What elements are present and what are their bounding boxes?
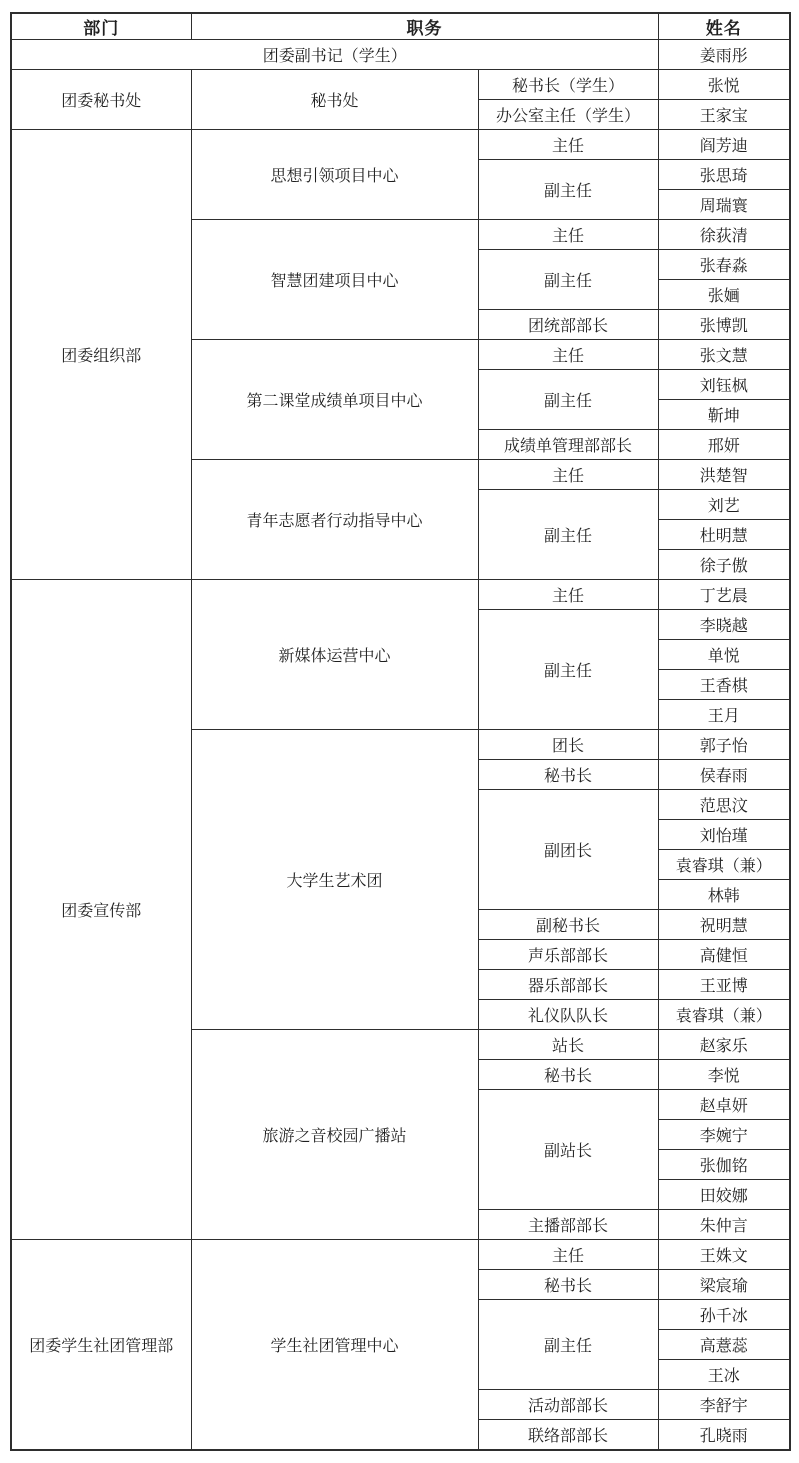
department-cell: 团委宣传部 — [11, 580, 191, 1240]
leader-name-cell: 姜雨彤 — [658, 40, 790, 70]
name-cell: 徐子傲 — [658, 550, 790, 580]
position-cell: 秘书长 — [478, 1060, 658, 1090]
name-cell: 靳坤 — [658, 400, 790, 430]
name-cell: 王亚博 — [658, 970, 790, 1000]
name-cell: 赵卓妍 — [658, 1090, 790, 1120]
table-body: 团委副书记（学生） 姜雨彤 团委秘书处秘书处秘书长（学生）张悦办公室主任（学生）… — [11, 40, 790, 1450]
position-cell: 秘书长 — [478, 760, 658, 790]
name-cell: 高健恒 — [658, 940, 790, 970]
position-cell: 团统部部长 — [478, 310, 658, 340]
name-cell: 刘怡瑾 — [658, 820, 790, 850]
org-cell: 大学生艺术团 — [191, 730, 478, 1030]
org-cell: 青年志愿者行动指导中心 — [191, 460, 478, 580]
position-cell: 站长 — [478, 1030, 658, 1060]
org-table: 部门 职务 姓名 团委副书记（学生） 姜雨彤 团委秘书处秘书处秘书长（学生）张悦… — [10, 12, 791, 1451]
name-cell: 单悦 — [658, 640, 790, 670]
name-cell: 张文慧 — [658, 340, 790, 370]
position-cell: 副主任 — [478, 610, 658, 730]
header-row: 部门 职务 姓名 — [11, 13, 790, 40]
name-cell: 赵家乐 — [658, 1030, 790, 1060]
position-cell: 副主任 — [478, 160, 658, 220]
name-cell: 张思琦 — [658, 160, 790, 190]
name-cell: 梁宸瑜 — [658, 1270, 790, 1300]
org-cell: 智慧团建项目中心 — [191, 220, 478, 340]
position-cell: 主任 — [478, 580, 658, 610]
position-cell: 联络部部长 — [478, 1420, 658, 1450]
name-cell: 田姣娜 — [658, 1180, 790, 1210]
name-cell: 刘艺 — [658, 490, 790, 520]
position-cell: 副团长 — [478, 790, 658, 910]
name-cell: 张伽铭 — [658, 1150, 790, 1180]
table-row: 团委宣传部新媒体运营中心主任丁艺晨 — [11, 580, 790, 610]
name-cell: 孔晓雨 — [658, 1420, 790, 1450]
table-row: 团委组织部思想引领项目中心主任阎芳迪 — [11, 130, 790, 160]
name-cell: 周瑞寰 — [658, 190, 790, 220]
name-cell: 袁睿琪（兼） — [658, 1000, 790, 1030]
position-cell: 团长 — [478, 730, 658, 760]
name-cell: 洪楚智 — [658, 460, 790, 490]
name-cell: 林韩 — [658, 880, 790, 910]
department-cell: 团委组织部 — [11, 130, 191, 580]
position-cell: 成绩单管理部部长 — [478, 430, 658, 460]
name-cell: 王香棋 — [658, 670, 790, 700]
table-row: 团委副书记（学生） 姜雨彤 — [11, 40, 790, 70]
position-cell: 器乐部部长 — [478, 970, 658, 1000]
position-cell: 主任 — [478, 460, 658, 490]
name-cell: 朱仲言 — [658, 1210, 790, 1240]
position-cell: 办公室主任（学生） — [478, 100, 658, 130]
name-cell: 丁艺晨 — [658, 580, 790, 610]
name-cell: 王月 — [658, 700, 790, 730]
name-cell: 祝明慧 — [658, 910, 790, 940]
name-cell: 李晓越 — [658, 610, 790, 640]
name-cell: 侯春雨 — [658, 760, 790, 790]
header-name: 姓名 — [658, 13, 790, 40]
name-cell: 王冰 — [658, 1360, 790, 1390]
name-cell: 王姝文 — [658, 1240, 790, 1270]
name-cell: 阎芳迪 — [658, 130, 790, 160]
name-cell: 李悦 — [658, 1060, 790, 1090]
position-cell: 主任 — [478, 220, 658, 250]
document-sheet: 部门 职务 姓名 团委副书记（学生） 姜雨彤 团委秘书处秘书处秘书长（学生）张悦… — [0, 0, 799, 1463]
org-cell: 第二课堂成绩单项目中心 — [191, 340, 478, 460]
name-cell: 范思汶 — [658, 790, 790, 820]
position-cell: 主任 — [478, 130, 658, 160]
name-cell: 李婉宁 — [658, 1120, 790, 1150]
name-cell: 张婳 — [658, 280, 790, 310]
name-cell: 刘钰枫 — [658, 370, 790, 400]
name-cell: 袁睿琪（兼） — [658, 850, 790, 880]
name-cell: 张春淼 — [658, 250, 790, 280]
department-cell: 团委学生社团管理部 — [11, 1240, 191, 1450]
table-row: 团委秘书处秘书处秘书长（学生）张悦 — [11, 70, 790, 100]
position-cell: 主播部部长 — [478, 1210, 658, 1240]
table-header: 部门 职务 姓名 — [11, 13, 790, 40]
org-cell: 学生社团管理中心 — [191, 1240, 478, 1450]
position-cell: 副站长 — [478, 1090, 658, 1210]
name-cell: 高薏蕊 — [658, 1330, 790, 1360]
name-cell: 郭子怡 — [658, 730, 790, 760]
leader-position-cell: 团委副书记（学生） — [11, 40, 658, 70]
name-cell: 张博凯 — [658, 310, 790, 340]
position-cell: 副主任 — [478, 370, 658, 430]
position-cell: 主任 — [478, 340, 658, 370]
position-cell: 副主任 — [478, 490, 658, 580]
name-cell: 李舒宇 — [658, 1390, 790, 1420]
table-row: 团委学生社团管理部学生社团管理中心主任王姝文 — [11, 1240, 790, 1270]
name-cell: 杜明慧 — [658, 520, 790, 550]
org-cell: 旅游之音校园广播站 — [191, 1030, 478, 1240]
position-cell: 礼仪队队长 — [478, 1000, 658, 1030]
position-cell: 副主任 — [478, 250, 658, 310]
position-cell: 副主任 — [478, 1300, 658, 1390]
org-cell: 新媒体运营中心 — [191, 580, 478, 730]
position-cell: 秘书长 — [478, 1270, 658, 1300]
position-cell: 主任 — [478, 1240, 658, 1270]
name-cell: 徐荻清 — [658, 220, 790, 250]
name-cell: 张悦 — [658, 70, 790, 100]
position-cell: 活动部部长 — [478, 1390, 658, 1420]
position-cell: 副秘书长 — [478, 910, 658, 940]
position-cell: 秘书长（学生） — [478, 70, 658, 100]
org-cell: 思想引领项目中心 — [191, 130, 478, 220]
name-cell: 王家宝 — [658, 100, 790, 130]
header-department: 部门 — [11, 13, 191, 40]
name-cell: 邢妍 — [658, 430, 790, 460]
org-cell: 秘书处 — [191, 70, 478, 130]
header-position: 职务 — [191, 13, 658, 40]
name-cell: 孙千冰 — [658, 1300, 790, 1330]
department-cell: 团委秘书处 — [11, 70, 191, 130]
position-cell: 声乐部部长 — [478, 940, 658, 970]
